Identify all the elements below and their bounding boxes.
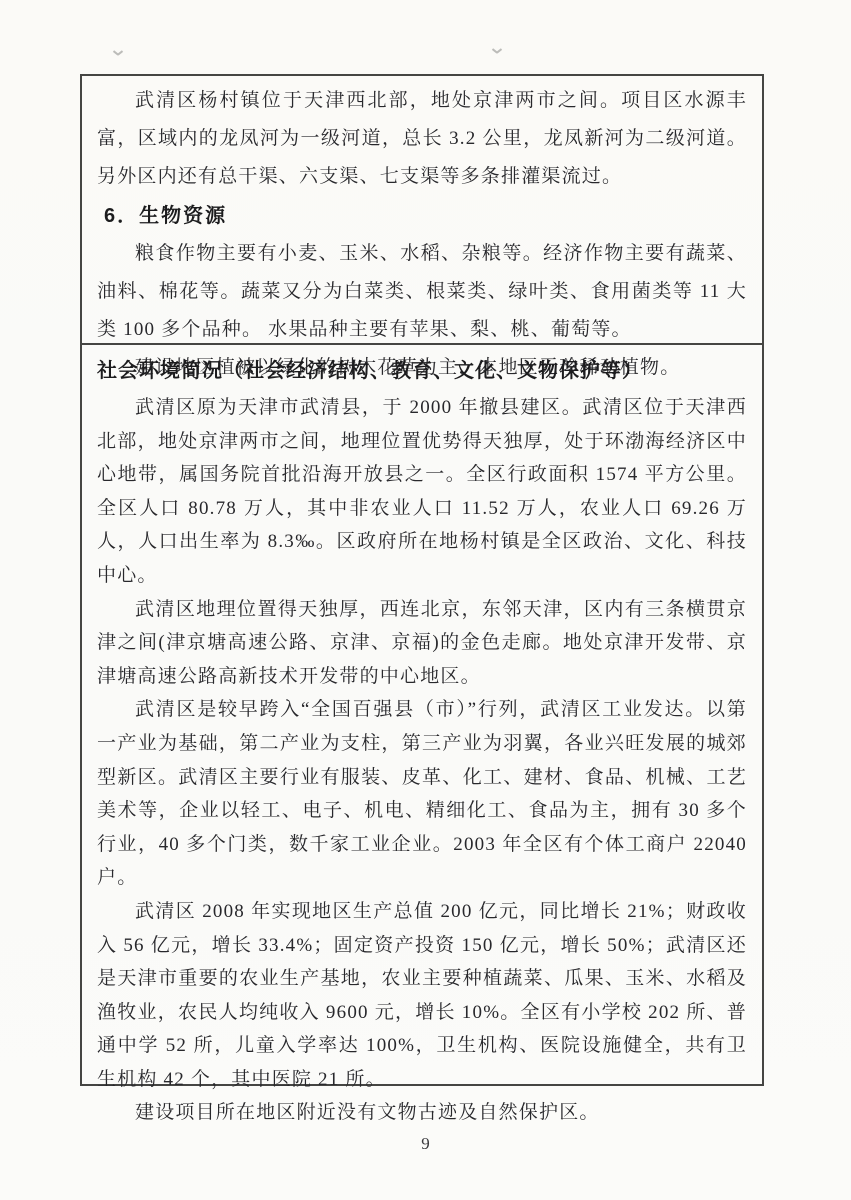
section-social-environment: 社会环境简况（社会经济结构、教育、文化、文物保护等） 武清区原为天津市武清县，于… <box>82 345 762 1130</box>
section-natural-resources: 武清区杨村镇位于天津西北部，地处京津两市之间。项目区水源丰富，区域内的龙凤河为一… <box>82 76 762 345</box>
scan-artifact-icon <box>113 50 122 56</box>
heading-biological-resources: 6．生物资源 <box>104 197 747 235</box>
page-number: 9 <box>0 1134 851 1154</box>
paragraph-economy-2008: 武清区 2008 年实现地区生产总值 200 亿元，同比增长 21%；财政收入 … <box>97 895 747 1097</box>
paragraph-heritage-protection: 建设项目所在地区附近没有文物古迹及自然保护区。 <box>97 1096 747 1130</box>
scan-artifact-icon <box>492 48 501 54</box>
content-table: 武清区杨村镇位于天津西北部，地处京津两市之间。项目区水源丰富，区域内的龙凤河为一… <box>80 74 764 1086</box>
document-page: 武清区杨村镇位于天津西北部，地处京津两市之间。项目区水源丰富，区域内的龙凤河为一… <box>0 0 851 1200</box>
paragraph-water-resources: 武清区杨村镇位于天津西北部，地处京津两市之间。项目区水源丰富，区域内的龙凤河为一… <box>97 82 747 196</box>
paragraph-industry: 武清区是较早跨入“全国百强县（市）”行列，武清区工业发达。以第一产业为基础，第二… <box>97 693 747 895</box>
paragraph-geography-corridor: 武清区地理位置得天独厚，西连北京，东邻天津，区内有三条横贯京津之间(津京塘高速公… <box>97 593 747 694</box>
paragraph-crops: 粮食作物主要有小麦、玉米、水稻、杂粮等。经济作物主要有蔬菜、油料、棉花等。蔬菜又… <box>97 235 747 349</box>
paragraph-district-overview: 武清区原为天津市武清县，于 2000 年撤县建区。武清区位于天津西北部，地处京津… <box>97 391 747 593</box>
